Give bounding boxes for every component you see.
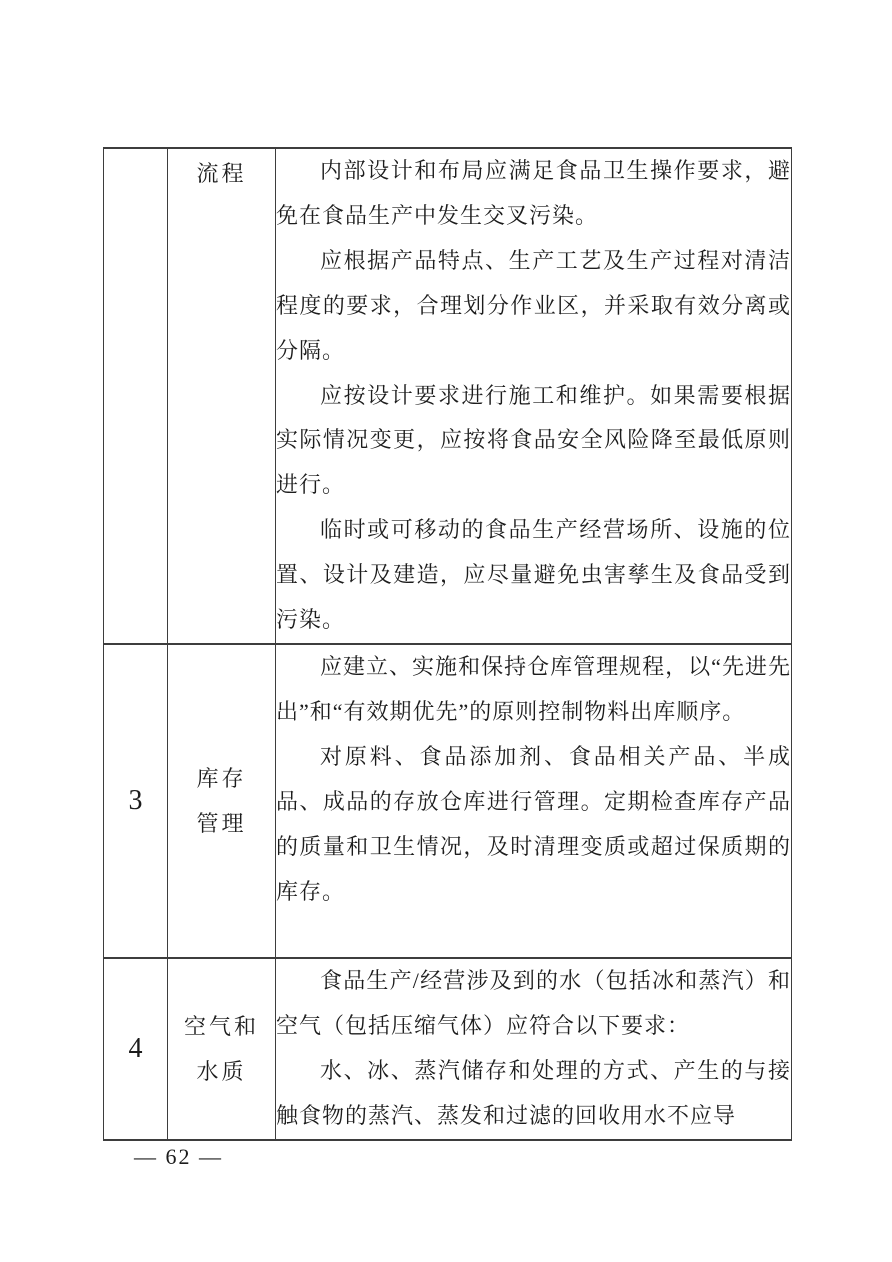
page-number: — 62 — xyxy=(134,1144,223,1170)
row-content-cell: 应建立、实施和保持仓库管理规程，以“先进先出”和“有效期优先”的原则控制物料出库… xyxy=(276,644,792,958)
requirement-paragraph: 临时或可移动的食品生产经营场所、设施的位置、设计及建造，应尽量避免虫害孳生及食品… xyxy=(276,508,791,643)
row-content-cell: 内部设计和布局应满足食品卫生操作要求，避免在食品生产中发生交叉污染。 应根据产品… xyxy=(276,148,792,644)
requirement-paragraph: 水、冰、蒸汽储存和处理的方式、产生的与接触食物的蒸汽、蒸发和过滤的回收用水不应导 xyxy=(276,1049,791,1139)
row-number-cell: 3 xyxy=(104,644,168,958)
table-row-air-water: 4 空气和 水质 食品生产/经营涉及到的水（包括冰和蒸汽）和空气（包括压缩气体）… xyxy=(104,958,792,1140)
row-number: 4 xyxy=(129,1033,143,1064)
table-row-inventory: 3 库存 管理 应建立、实施和保持仓库管理规程，以“先进先出”和“有效期优先”的… xyxy=(104,644,792,958)
category-label: 空气和 xyxy=(168,1004,275,1049)
row-category-cell: 库存 管理 xyxy=(168,644,276,958)
row-content-cell: 食品生产/经营涉及到的水（包括冰和蒸汽）和空气（包括压缩气体）应符合以下要求： … xyxy=(276,958,792,1140)
row-number: 3 xyxy=(129,785,143,816)
row-number-cell xyxy=(104,148,168,644)
row-category-cell: 流程 xyxy=(168,148,276,644)
category-label: 库存 xyxy=(168,756,275,801)
table-row-process: 流程 内部设计和布局应满足食品卫生操作要求，避免在食品生产中发生交叉污染。 应根… xyxy=(104,148,792,644)
row-category-cell: 空气和 水质 xyxy=(168,958,276,1140)
category-label: 水质 xyxy=(168,1049,275,1094)
category-label: 流程 xyxy=(168,151,275,196)
requirements-table: 流程 内部设计和布局应满足食品卫生操作要求，避免在食品生产中发生交叉污染。 应根… xyxy=(103,147,792,1141)
requirement-paragraph: 应建立、实施和保持仓库管理规程，以“先进先出”和“有效期优先”的原则控制物料出库… xyxy=(276,645,791,735)
document-page: 流程 内部设计和布局应满足食品卫生操作要求，避免在食品生产中发生交叉污染。 应根… xyxy=(0,0,892,1262)
requirement-paragraph: 对原料、食品添加剂、食品相关产品、半成品、成品的存放仓库进行管理。定期检查库存产… xyxy=(276,735,791,915)
requirement-paragraph: 应按设计要求进行施工和维护。如果需要根据实际情况变更，应按将食品安全风险降至最低… xyxy=(276,374,791,509)
requirement-paragraph: 应根据产品特点、生产工艺及生产过程对清洁程度的要求，合理划分作业区，并采取有效分… xyxy=(276,239,791,374)
row-number-cell: 4 xyxy=(104,958,168,1140)
category-label: 管理 xyxy=(168,801,275,846)
requirement-paragraph: 食品生产/经营涉及到的水（包括冰和蒸汽）和空气（包括压缩气体）应符合以下要求： xyxy=(276,959,791,1049)
requirement-paragraph: 内部设计和布局应满足食品卫生操作要求，避免在食品生产中发生交叉污染。 xyxy=(276,149,791,239)
